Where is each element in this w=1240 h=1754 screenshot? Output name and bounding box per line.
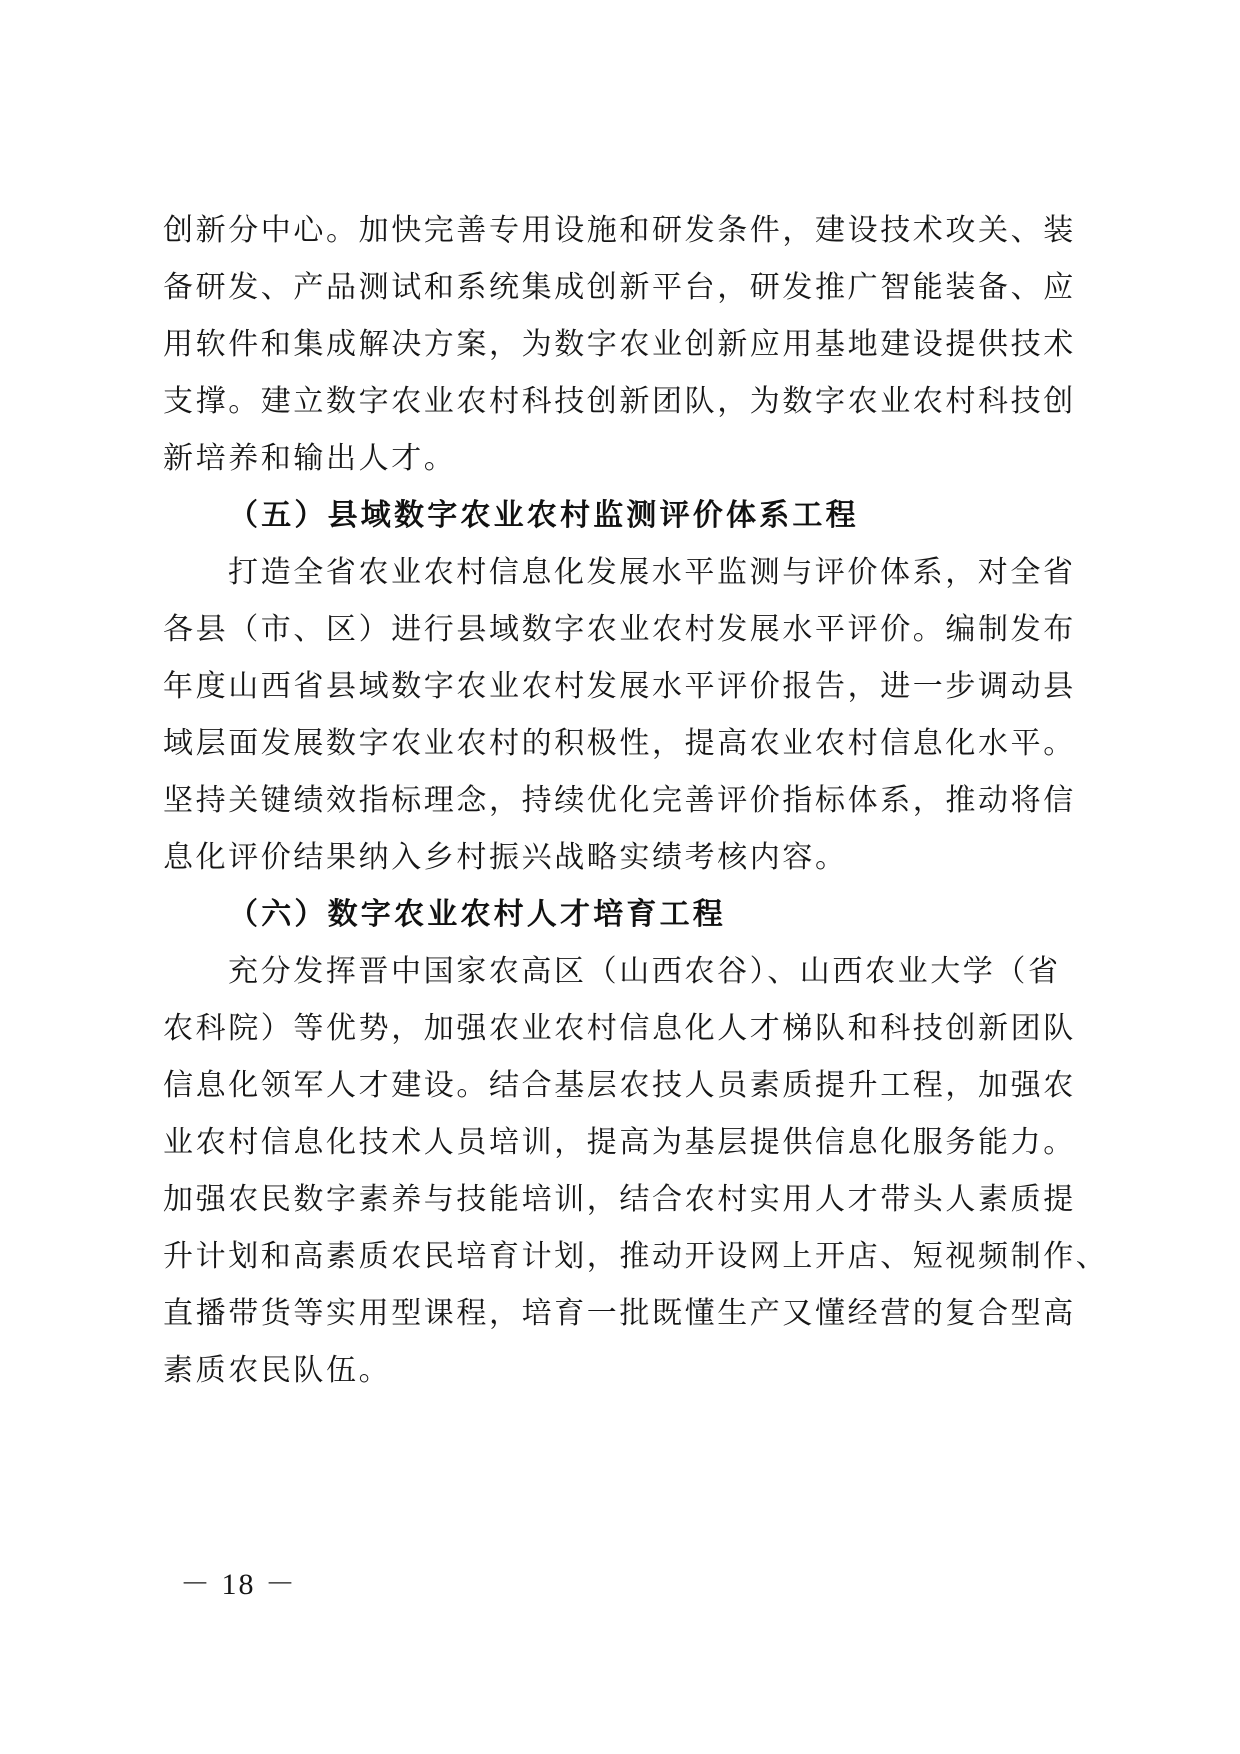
paragraph-line: 备研发、产品测试和系统集成创新平台，研发推广智能装备、应 xyxy=(163,259,1081,316)
paragraph-line: 素质农民队伍。 xyxy=(163,1342,1081,1399)
paragraph-line: 息化评价结果纳入乡村振兴战略实绩考核内容。 xyxy=(163,829,1081,886)
paragraph-line: 年度山西省县域数字农业农村发展水平评价报告，进一步调动县 xyxy=(163,658,1081,715)
paragraph-line: 打造全省农业农村信息化发展水平监测与评价体系，对全省 xyxy=(228,544,1081,601)
paragraph-line: 创新分中心。加快完善专用设施和研发条件，建设技术攻关、装 xyxy=(163,202,1081,259)
paragraph-line: 信息化领军人才建设。结合基层农技人员素质提升工程，加强农 xyxy=(163,1057,1081,1114)
paragraph-line: 农科院）等优势，加强农业农村信息化人才梯队和科技创新团队 xyxy=(163,1000,1081,1057)
paragraph-line: 用软件和集成解决方案，为数字农业创新应用基地建设提供技术 xyxy=(163,316,1081,373)
paragraph-line: 升计划和高素质农民培育计划，推动开设网上开店、短视频制作、 xyxy=(163,1228,1081,1285)
paragraph-line: 坚持关键绩效指标理念，持续优化完善评价指标体系，推动将信 xyxy=(163,772,1081,829)
page-number: － 18 － xyxy=(180,1565,297,1605)
paragraph-line: 新培养和输出人才。 xyxy=(163,430,1081,487)
section-heading-5: （五）县域数字农业农村监测评价体系工程 xyxy=(228,487,1146,544)
paragraph-line: 业农村信息化技术人员培训，提高为基层提供信息化服务能力。 xyxy=(163,1114,1081,1171)
paragraph-line: 直播带货等实用型课程，培育一批既懂生产又懂经营的复合型高 xyxy=(163,1285,1081,1342)
paragraph-line: 各县（市、区）进行县域数字农业农村发展水平评价。编制发布 xyxy=(163,601,1081,658)
paragraph-line: 域层面发展数字农业农村的积极性，提高农业农村信息化水平。 xyxy=(163,715,1081,772)
paragraph-line: 充分发挥晋中国家农高区（山西农谷）、山西农业大学（省 xyxy=(228,943,1081,1000)
paragraph-line: 支撑。建立数字农业农村科技创新团队，为数字农业农村科技创 xyxy=(163,373,1081,430)
paragraph-line: 加强农民数字素养与技能培训，结合农村实用人才带头人素质提 xyxy=(163,1171,1081,1228)
section-heading-6: （六）数字农业农村人才培育工程 xyxy=(228,886,1146,943)
